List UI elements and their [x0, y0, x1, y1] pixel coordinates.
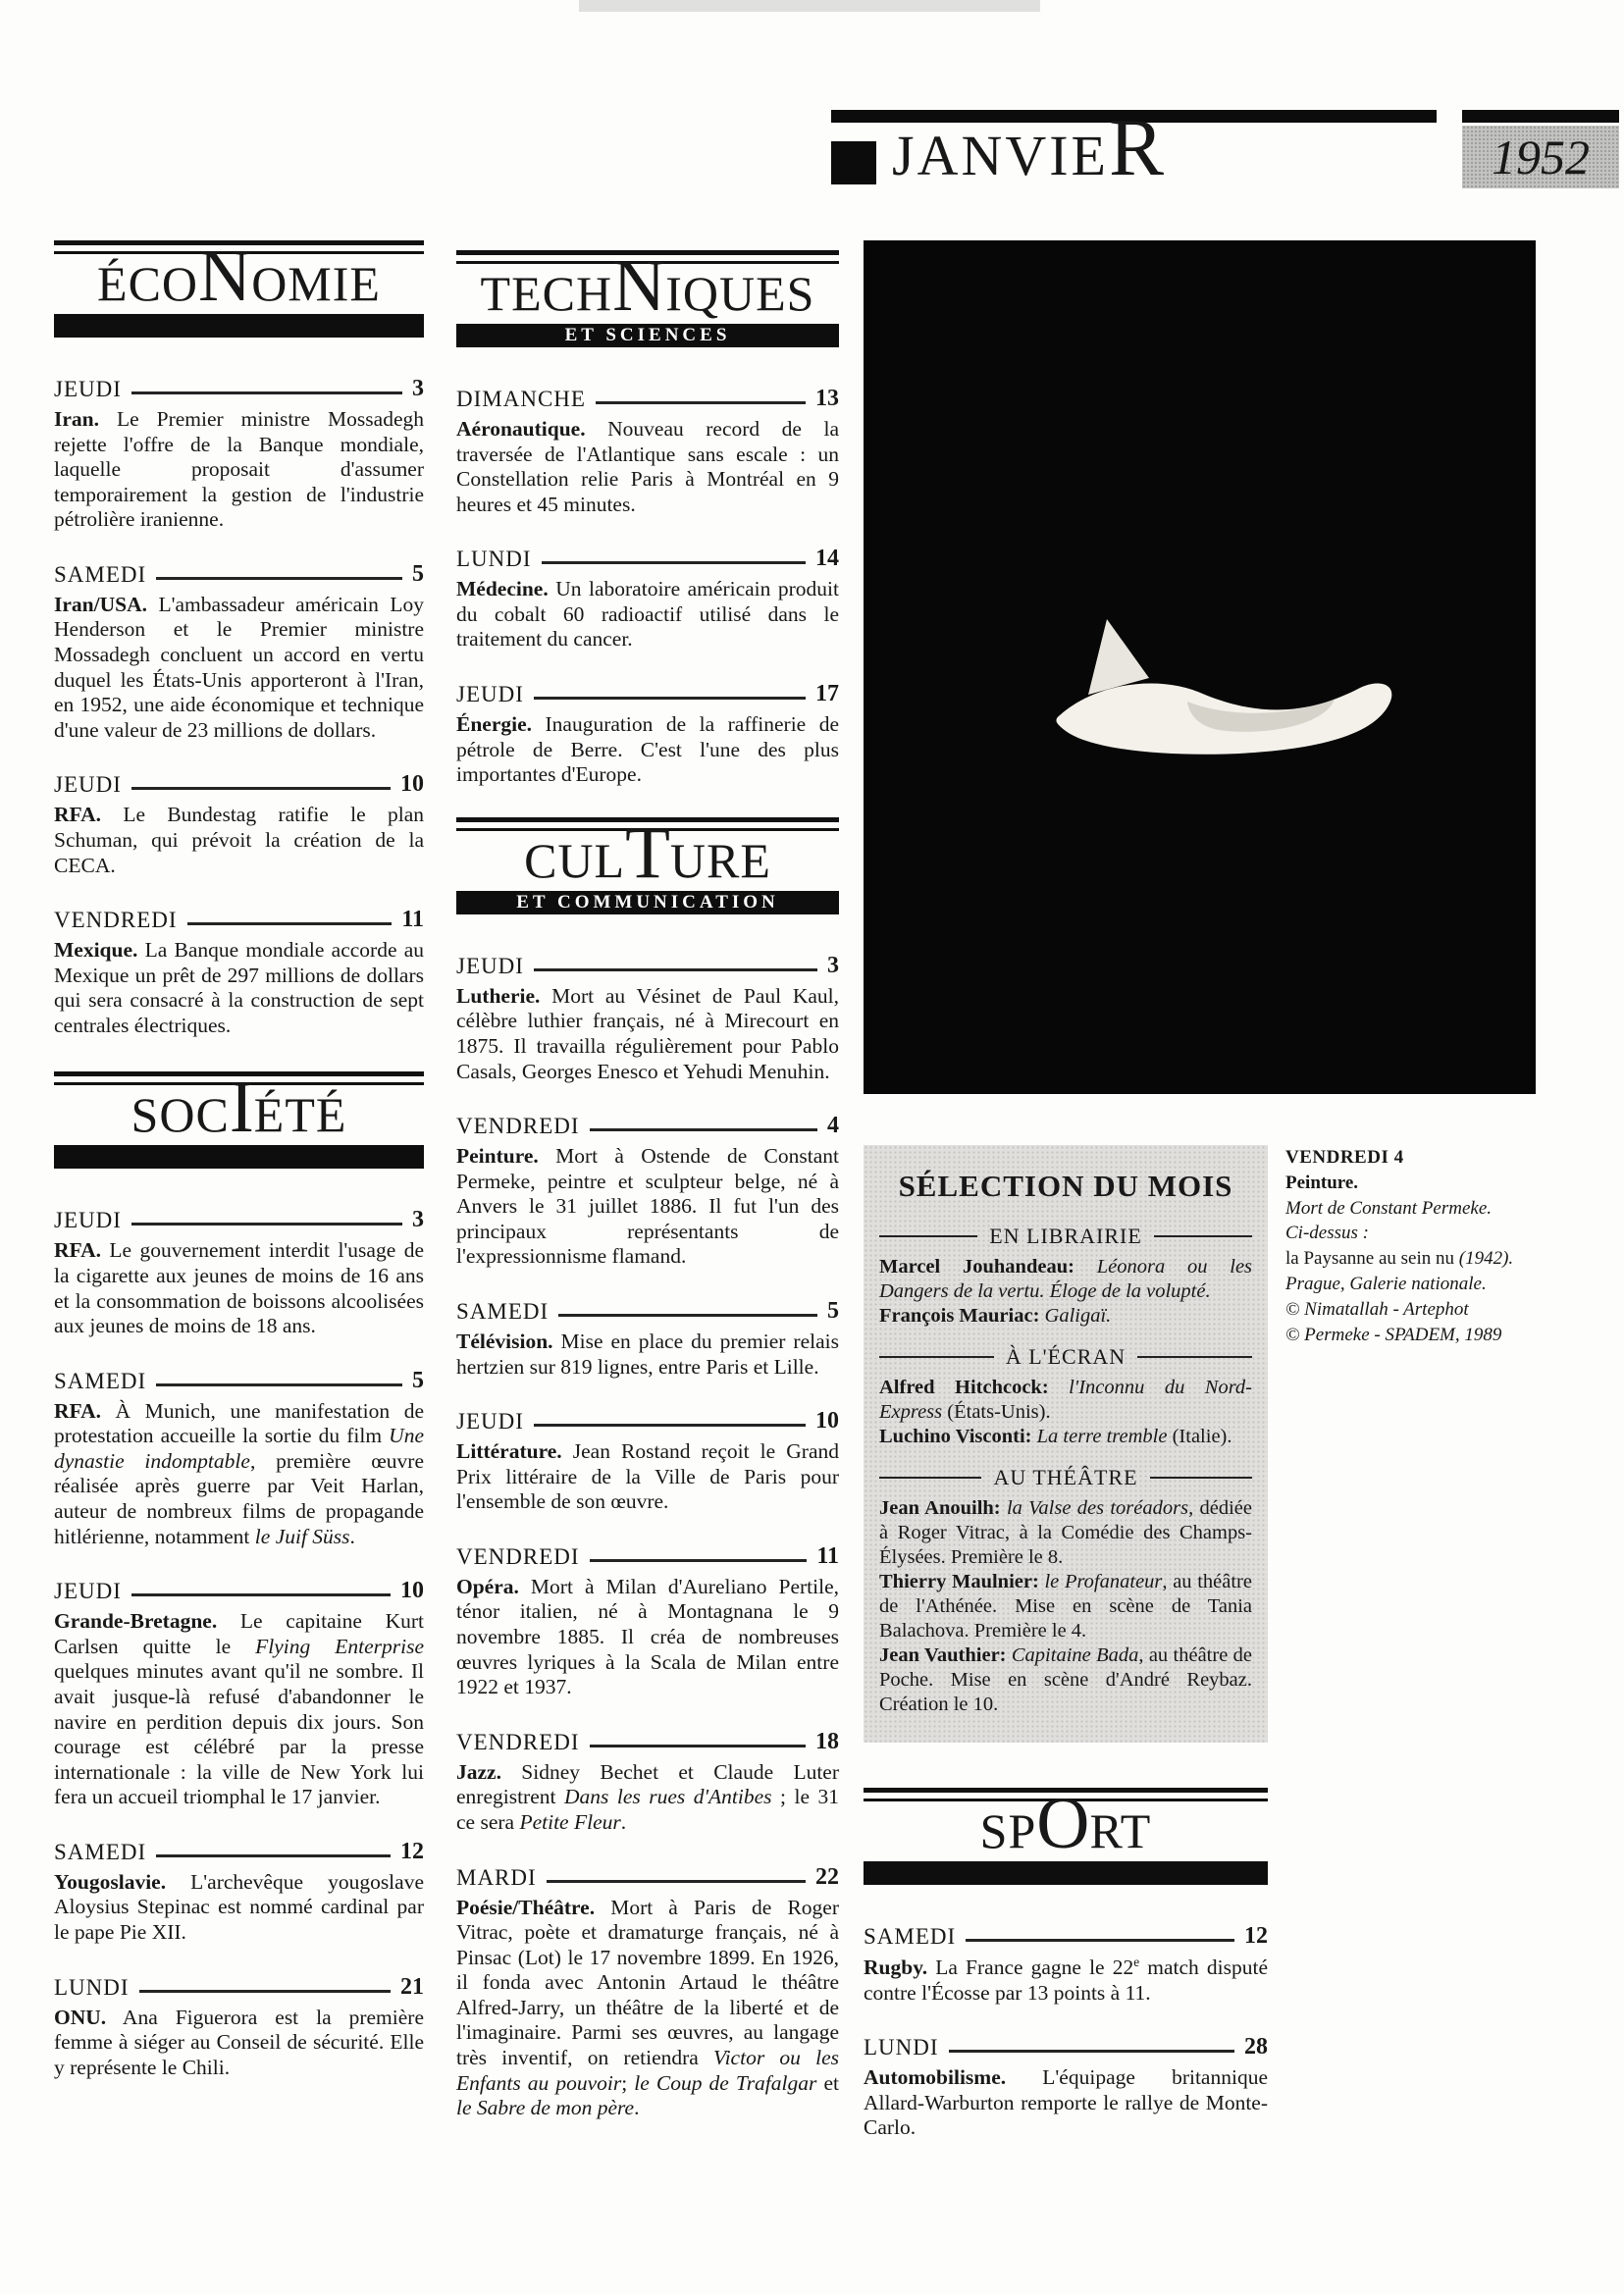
news-entry: VENDREDI 11 Mexique. La Banque mondiale … [54, 908, 424, 1038]
entry-day: SAMEDI [54, 563, 146, 586]
entry-day: JEUDI [456, 683, 524, 705]
entry-list: JEUDI 3 Iran. Le Premier ministre Mossad… [54, 377, 424, 1038]
entry-date-number: 3 [827, 954, 839, 977]
selection-heading: AU THÉÂTRE [879, 1465, 1252, 1490]
entry-leader-line [590, 1128, 817, 1131]
entry-leader-line [949, 2050, 1234, 2053]
author-name: Jean Vauthier: [879, 1644, 1007, 1666]
entry-head: DIMANCHE 13 [456, 387, 839, 410]
heading-rule [879, 1235, 977, 1237]
entry-topic: Peinture. [456, 1144, 539, 1168]
news-entry: LUNDI 14 Médecine. Un laboratoire améric… [456, 547, 839, 652]
selection-heading-label: À L'ÉCRAN [1006, 1344, 1126, 1370]
entry-topic: Mexique. [54, 938, 137, 962]
painting-figure [864, 240, 1536, 1094]
entry-topic: RFA. [54, 1399, 101, 1423]
entry-leader-line [590, 1559, 808, 1562]
entry-date-number: 5 [827, 1299, 839, 1323]
entry-leader-line [542, 561, 806, 564]
caption-line: © Permeke - SPADEM, 1989 [1285, 1323, 1539, 1348]
entry-topic: Yougoslavie. [54, 1870, 166, 1894]
entry-date-number: 12 [400, 1840, 424, 1863]
entry-leader-line [131, 391, 402, 394]
entry-topic: Jazz. [456, 1760, 501, 1784]
entry-day: DIMANCHE [456, 388, 586, 410]
page-header: JANVIER 1952 [831, 110, 1619, 188]
entry-day: SAMEDI [54, 1370, 146, 1392]
entry-leader-line [187, 922, 393, 925]
entry-topic: Aéronautique. [456, 417, 586, 441]
entry-body-text: Ana Figuerora est la première femme à si… [54, 2006, 424, 2079]
entry-text: RFA. Le Bundestag ratifie le plan Schuma… [54, 803, 424, 878]
entry-leader-line [131, 1593, 391, 1596]
right-subcolumn-left: SÉLECTION DU MOIS EN LIBRAIRIE Marcel Jo… [864, 1145, 1268, 2170]
entry-leader-line [558, 1314, 817, 1317]
author-name: Alfred Hitchcock: [879, 1377, 1049, 1398]
entry-topic: RFA. [54, 1238, 101, 1262]
entry-head: SAMEDI 5 [54, 562, 424, 586]
entry-topic: RFA. [54, 803, 101, 826]
heading-rule [879, 1356, 994, 1358]
entry-date-number: 22 [815, 1865, 839, 1889]
entry-head: JEUDI 3 [54, 1208, 424, 1231]
entry-list: JEUDI 3 Lutherie. Mort au Vésinet de Pau… [456, 954, 839, 2121]
entry-topic: Poésie/Théâtre. [456, 1896, 595, 1919]
caption-line: Peinture. [1285, 1171, 1539, 1196]
entry-head: LUNDI 21 [54, 1975, 424, 1999]
big-letter: N [198, 235, 251, 317]
column-middle: TECHNIQUES ET SCIENCES DIMANCHE 13 Aéron… [456, 250, 839, 2151]
entry-leader-line [596, 401, 806, 404]
entry-day: SAMEDI [864, 1925, 956, 1948]
entry-text: Médecine. Un laboratoire américain produ… [456, 577, 839, 652]
news-entry: MARDI 22 Poésie/Théâtre. Mort à Paris de… [456, 1865, 839, 2121]
header-rule [1462, 110, 1619, 123]
entry-head: SAMEDI 5 [54, 1369, 424, 1392]
caption-line: Ci-dessus : [1285, 1221, 1539, 1246]
entry-text: Opéra. Mort à Milan d'Aureliano Pertile,… [456, 1575, 839, 1700]
entry-date-number: 17 [815, 682, 839, 705]
section-title-societe: SOCIÉTÉ [54, 1089, 424, 1140]
entry-day: VENDREDI [456, 1731, 580, 1753]
entry-day: JEUDI [54, 1209, 122, 1231]
caption-line: Mort de Constant Permeke. [1285, 1196, 1539, 1222]
news-entry: JEUDI 3 RFA. Le gouvernement interdit l'… [54, 1208, 424, 1338]
entry-head: JEUDI 3 [456, 954, 839, 977]
month-title: JANVIER [892, 127, 1164, 186]
image-caption: VENDREDI 4 Peinture. Mort de Constant Pe… [1285, 1145, 1539, 2170]
author-name: Thierry Maulnier: [879, 1571, 1039, 1592]
news-entry: VENDREDI 18 Jazz. Sidney Bechet et Claud… [456, 1730, 839, 1836]
entry-body-text: Mort à Paris de Roger Vitrac, poète et d… [456, 1896, 839, 2120]
entry-head: SAMEDI 12 [54, 1840, 424, 1863]
entry-text: Mexique. La Banque mondiale accorde au M… [54, 938, 424, 1038]
entry-day: JEUDI [456, 1410, 524, 1433]
work-title: La terre tremble (Italie). [1032, 1426, 1232, 1447]
entry-date-number: 28 [1244, 2035, 1268, 2059]
entry-text: Rugby. La France gagne le 22e match disp… [864, 1955, 1268, 2006]
below-image-row: SÉLECTION DU MOIS EN LIBRAIRIE Marcel Jo… [864, 1145, 1539, 2170]
entry-text: Énergie. Inauguration de la raffinerie d… [456, 712, 839, 788]
entry-text: RFA. À Munich, une manifestation de prot… [54, 1399, 424, 1549]
entry-date-number: 13 [815, 387, 839, 410]
entry-date-number: 21 [400, 1975, 424, 1999]
section-title-sport: SPORT [864, 1805, 1268, 1856]
column-right: SÉLECTION DU MOIS EN LIBRAIRIE Marcel Jo… [864, 240, 1539, 2170]
news-entry: VENDREDI 11 Opéra. Mort à Milan d'Aureli… [456, 1544, 839, 1700]
section-bar [864, 1861, 1268, 1885]
news-entry: SAMEDI 12 Rugby. La France gagne le 22e … [864, 1924, 1268, 2006]
year-banner: 1952 [1462, 110, 1619, 188]
entry-topic: Littérature. [456, 1439, 562, 1463]
entry-head: LUNDI 14 [456, 547, 839, 570]
selection-item: François Mauriac: Galigaï. [879, 1304, 1252, 1329]
heading-rule [879, 1477, 981, 1479]
entry-text: Automobilisme. L'équipage britannique Al… [864, 2065, 1268, 2141]
entry-text: Lutherie. Mort au Vésinet de Paul Kaul, … [456, 984, 839, 1084]
entry-leader-line [547, 1880, 806, 1883]
scan-artifact [579, 0, 1040, 12]
news-entry: JEUDI 3 Lutherie. Mort au Vésinet de Pau… [456, 954, 839, 1084]
entry-leader-line [534, 968, 817, 971]
selection-item: Luchino Visconti: La terre tremble (Ital… [879, 1425, 1252, 1449]
section-title-economie: ÉCONOMIE [54, 258, 424, 309]
news-entry: SAMEDI 5 Télévision. Mise en place du pr… [456, 1299, 839, 1380]
section-bar-label: ET SCIENCES [565, 325, 731, 345]
entry-text: Jazz. Sidney Bechet et Claude Luter enre… [456, 1760, 839, 1836]
entry-topic: Énergie. [456, 712, 532, 736]
entry-date-number: 11 [401, 908, 424, 931]
news-entry: JEUDI 3 Iran. Le Premier ministre Mossad… [54, 377, 424, 533]
entry-date-number: 4 [827, 1114, 839, 1137]
news-entry: LUNDI 28 Automobilisme. L'équipage brita… [864, 2035, 1268, 2141]
entry-topic: Lutherie. [456, 984, 540, 1008]
heading-rule [1150, 1477, 1252, 1479]
author-name: Jean Anouilh: [879, 1497, 1001, 1519]
entry-topic: ONU. [54, 2006, 106, 2029]
entry-body-text: Le capitaine Kurt Carlsen quitte le Flyi… [54, 1609, 424, 1808]
section-bar-label: ET COMMUNICATION [516, 892, 779, 913]
entry-leader-line [156, 1854, 391, 1857]
entry-date-number: 14 [815, 547, 839, 570]
entry-topic: Médecine. [456, 577, 549, 600]
heading-rule [1154, 1235, 1252, 1237]
entry-date-number: 5 [412, 1369, 424, 1392]
entry-day: SAMEDI [456, 1300, 549, 1323]
year-label: 1952 [1492, 132, 1590, 182]
selection-title: SÉLECTION DU MOIS [879, 1169, 1252, 1204]
big-letter: O [1036, 1783, 1089, 1864]
entry-text: Grande-Bretagne. Le capitaine Kurt Carls… [54, 1609, 424, 1810]
entry-head: JEUDI 17 [456, 682, 839, 705]
entry-leader-line [131, 1223, 402, 1226]
entry-leader-line [131, 787, 391, 790]
entry-day: JEUDI [54, 378, 122, 400]
entry-list: SAMEDI 12 Rugby. La France gagne le 22e … [864, 1924, 1268, 2141]
news-entry: LUNDI 21 ONU. Ana Figuerora est la premi… [54, 1975, 424, 2081]
caption-line: VENDREDI 4 [1285, 1145, 1539, 1171]
section-sport: SPORT SAMEDI 12 Rugby. La France gagne l… [864, 1788, 1268, 2141]
section-title-techniques: TECHNIQUES [456, 268, 839, 319]
entry-text: Aéronautique. Nouveau record de la trave… [456, 417, 839, 517]
entry-text: Yougoslavie. L'archevêque yougoslave Alo… [54, 1870, 424, 1946]
entry-leader-line [156, 577, 402, 580]
author-name: Marcel Jouhandeau: [879, 1256, 1074, 1278]
section-bar: ET SCIENCES [456, 324, 839, 347]
section-title-culture: CULTURE [456, 835, 839, 886]
entry-leader-line [966, 1939, 1234, 1942]
entry-head: SAMEDI 5 [456, 1299, 839, 1323]
heading-rule [1137, 1356, 1252, 1358]
selection-heading: EN LIBRAIRIE [879, 1224, 1252, 1249]
entry-body-text: Le Premier ministre Mossadegh rejette l'… [54, 407, 424, 531]
entry-date-number: 11 [816, 1544, 839, 1568]
entry-head: JEUDI 10 [54, 1579, 424, 1602]
selection-du-mois-box: SÉLECTION DU MOIS EN LIBRAIRIE Marcel Jo… [864, 1145, 1268, 1743]
entry-head: VENDREDI 11 [456, 1544, 839, 1568]
entry-text: RFA. Le gouvernement interdit l'usage de… [54, 1238, 424, 1338]
section-societe: SOCIÉTÉ JEUDI 3 RFA. Le gouvernement int… [54, 1071, 424, 2080]
almanac-page: JANVIER 1952 ÉCONOMIE JEUDI 3 [0, 0, 1624, 2295]
work-title: Galigaï. [1039, 1305, 1111, 1327]
selection-group-theatre: AU THÉÂTRE Jean Anouilh: la Valse des to… [879, 1465, 1252, 1717]
entry-day: JEUDI [54, 1580, 122, 1602]
entry-topic: Grande-Bretagne. [54, 1609, 217, 1633]
selection-heading: À L'ÉCRAN [879, 1344, 1252, 1370]
author-name: François Mauriac: [879, 1305, 1039, 1327]
news-entry: JEUDI 10 Littérature. Jean Rostand reçoi… [456, 1409, 839, 1515]
painting-image-permeke [864, 240, 1536, 1094]
entry-text: Télévision. Mise en place du premier rel… [456, 1330, 839, 1380]
selection-group-librairie: EN LIBRAIRIE Marcel Jouhandeau: Léonora … [879, 1224, 1252, 1329]
news-entry: VENDREDI 4 Peinture. Mort à Ostende de C… [456, 1114, 839, 1270]
entry-topic: Iran. [54, 407, 99, 431]
month-big-letter: R [1109, 102, 1164, 193]
entry-day: JEUDI [456, 955, 524, 977]
section-techniques: TECHNIQUES ET SCIENCES DIMANCHE 13 Aéron… [456, 250, 839, 788]
entry-head: VENDREDI 18 [456, 1730, 839, 1753]
entry-date-number: 18 [815, 1730, 839, 1753]
entry-day: VENDREDI [456, 1115, 580, 1137]
entry-head: SAMEDI 12 [864, 1924, 1268, 1948]
entry-leader-line [156, 1383, 402, 1386]
news-entry: JEUDI 10 RFA. Le Bundestag ratifie le pl… [54, 772, 424, 878]
entry-text: Poésie/Théâtre. Mort à Paris de Roger Vi… [456, 1896, 839, 2121]
year-box: 1952 [1462, 126, 1619, 188]
entry-date-number: 10 [400, 772, 424, 796]
entry-day: JEUDI [54, 773, 122, 796]
entry-head: JEUDI 3 [54, 377, 424, 400]
entry-head: JEUDI 10 [54, 772, 424, 796]
entry-head: VENDREDI 11 [54, 908, 424, 931]
section-bar [54, 314, 424, 338]
square-bullet-icon [831, 141, 876, 184]
news-entry: SAMEDI 5 RFA. À Munich, une manifestatio… [54, 1369, 424, 1549]
entry-list: DIMANCHE 13 Aéronautique. Nouveau record… [456, 387, 839, 788]
entry-day: LUNDI [864, 2036, 939, 2059]
selection-heading-label: EN LIBRAIRIE [989, 1224, 1142, 1249]
entry-head: LUNDI 28 [864, 2035, 1268, 2059]
author-name: Luchino Visconti: [879, 1426, 1032, 1447]
entry-topic: Iran/USA. [54, 593, 147, 616]
entry-text: Iran/USA. L'ambassadeur américain Loy He… [54, 593, 424, 743]
selection-item: Thierry Maulnier: le Profanateur, au thé… [879, 1570, 1252, 1643]
month-banner: JANVIER [831, 110, 1437, 186]
entry-body-text: Sidney Bechet et Claude Luter enregistre… [456, 1760, 839, 1834]
section-culture: CULTURE ET COMMUNICATION JEUDI 3 Lutheri… [456, 817, 839, 2121]
big-letter: N [612, 245, 665, 327]
section-economie: ÉCONOMIE JEUDI 3 Iran. Le Premier minist… [54, 240, 424, 1038]
entry-day: VENDREDI [456, 1545, 580, 1568]
entry-topic: Télévision. [456, 1330, 553, 1353]
entry-date-number: 10 [815, 1409, 839, 1433]
entry-text: Peinture. Mort à Ostende de Constant Per… [456, 1144, 839, 1270]
entry-topic: Automobilisme. [864, 2065, 1006, 2089]
entry-day: LUNDI [456, 548, 532, 570]
selection-item: Alfred Hitchcock: l'Inconnu du Nord-Expr… [879, 1376, 1252, 1425]
entry-leader-line [590, 1745, 806, 1747]
entry-day: LUNDI [54, 1976, 130, 1999]
section-bar: ET COMMUNICATION [456, 891, 839, 914]
entry-head: VENDREDI 4 [456, 1114, 839, 1137]
entry-body-text: Le Bundestag ratifie le plan Schuman, qu… [54, 803, 424, 876]
entry-date-number: 3 [412, 377, 424, 400]
entry-day: VENDREDI [54, 909, 178, 931]
entry-text: Littérature. Jean Rostand reçoit le Gran… [456, 1439, 839, 1515]
selection-group-ecran: À L'ÉCRAN Alfred Hitchcock: l'Inconnu du… [879, 1344, 1252, 1449]
news-entry: DIMANCHE 13 Aéronautique. Nouveau record… [456, 387, 839, 517]
entry-list: JEUDI 3 RFA. Le gouvernement interdit l'… [54, 1208, 424, 2080]
entry-date-number: 12 [1244, 1924, 1268, 1948]
entry-body-text: À Munich, une manifestation de protestat… [54, 1399, 424, 1548]
news-entry: JEUDI 17 Énergie. Inauguration de la raf… [456, 682, 839, 788]
selection-item: Jean Vauthier: Capitaine Bada, au théâtr… [879, 1643, 1252, 1717]
news-entry: SAMEDI 5 Iran/USA. L'ambassadeur américa… [54, 562, 424, 743]
caption-line: © Nimatallah - Artephot [1285, 1297, 1539, 1323]
entry-text: ONU. Ana Figuerora est la première femme… [54, 2006, 424, 2081]
big-letter: I [230, 1067, 254, 1148]
entry-leader-line [534, 1424, 806, 1427]
entry-day: MARDI [456, 1866, 537, 1889]
column-left: ÉCONOMIE JEUDI 3 Iran. Le Premier minist… [54, 240, 424, 2110]
caption-line: la Paysanne au sein nu (1942). [1285, 1246, 1539, 1272]
entry-date-number: 3 [412, 1208, 424, 1231]
entry-date-number: 10 [400, 1579, 424, 1602]
selection-item: Jean Anouilh: la Valse des toréadors, dé… [879, 1496, 1252, 1570]
entry-leader-line [534, 697, 806, 700]
entry-head: JEUDI 10 [456, 1409, 839, 1433]
entry-day: SAMEDI [54, 1841, 146, 1863]
entry-topic: Rugby. [864, 1956, 927, 1979]
entry-topic: Opéra. [456, 1575, 519, 1598]
section-bar [54, 1145, 424, 1169]
entry-head: MARDI 22 [456, 1865, 839, 1889]
caption-line: Prague, Galerie nationale. [1285, 1272, 1539, 1297]
entry-text: Iran. Le Premier ministre Mossadegh reje… [54, 407, 424, 533]
news-entry: JEUDI 10 Grande-Bretagne. Le capitaine K… [54, 1579, 424, 1810]
big-letter: T [625, 812, 670, 894]
selection-heading-label: AU THÉÂTRE [993, 1465, 1137, 1490]
selection-item: Marcel Jouhandeau: Léonora ou les Danger… [879, 1255, 1252, 1304]
entry-date-number: 5 [412, 562, 424, 586]
entry-body-text: Le gouvernement interdit l'usage de la c… [54, 1238, 424, 1337]
news-entry: SAMEDI 12 Yougoslavie. L'archevêque youg… [54, 1840, 424, 1946]
entry-leader-line [139, 1990, 391, 1993]
